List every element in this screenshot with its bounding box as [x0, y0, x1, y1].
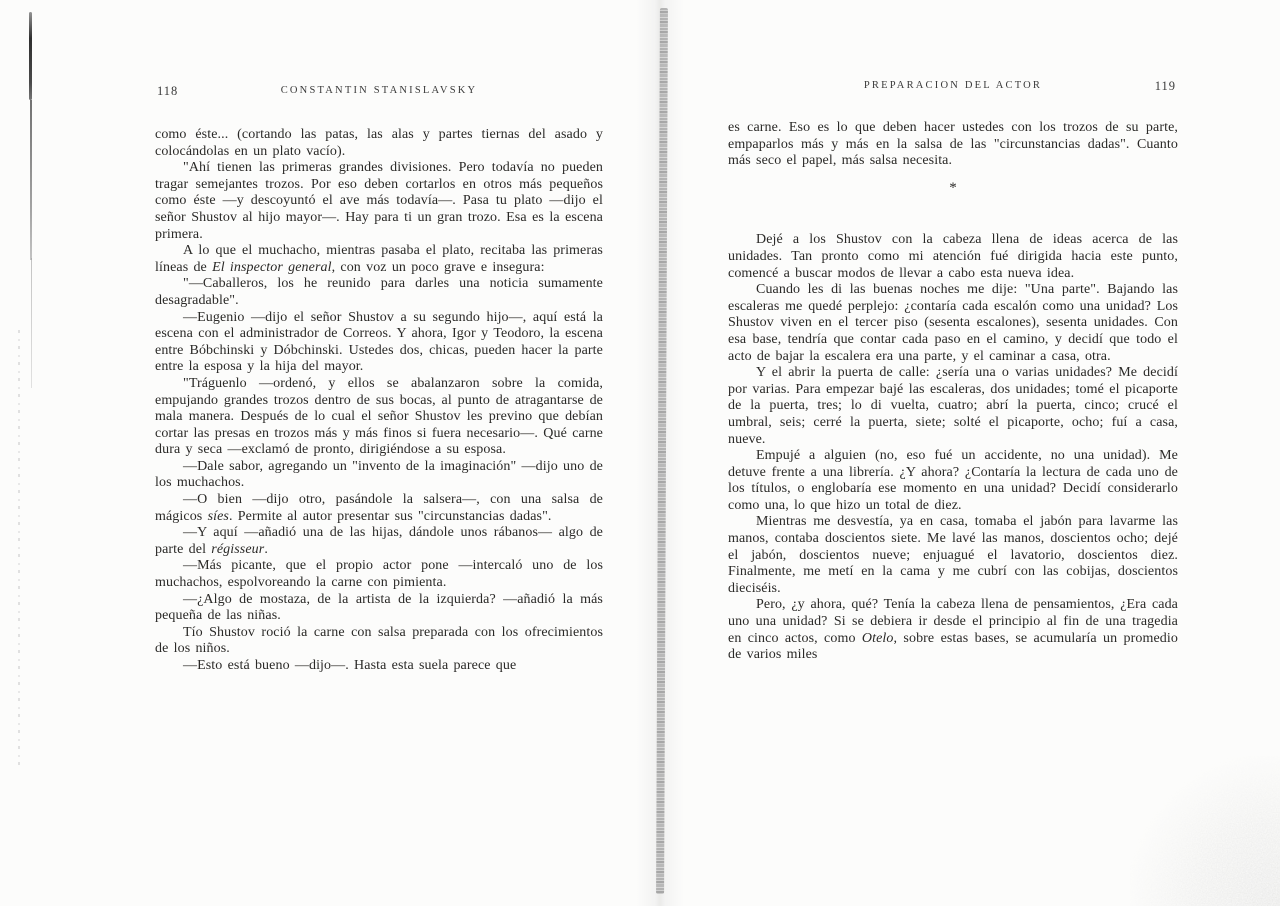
scan-artifact-left-bar	[29, 12, 32, 100]
page-header: PREPARACION DEL ACTOR 119	[728, 80, 1178, 94]
section-separator: *	[728, 180, 1178, 197]
italic-run: Otelo	[862, 631, 894, 646]
book-spread: 118 CONSTANTIN STANISLAVSKY como éste...…	[0, 0, 1280, 906]
italic-run: régisseur	[211, 542, 264, 557]
paragraph: "Tráguenlo —ordenó, y ellos se abalanzar…	[155, 376, 603, 459]
page-header: 118 CONSTANTIN STANISLAVSKY	[155, 85, 603, 99]
paragraph: A lo que el muchacho, mientras pasaba el…	[155, 243, 603, 276]
scan-artifact-left-line-faint	[31, 258, 32, 388]
paragraph: Empujé a alguien (no, eso fué un acciden…	[728, 448, 1178, 514]
scan-noise-corner	[1130, 756, 1280, 906]
text-run: .	[264, 542, 268, 557]
text-column: como éste... (cortando las patas, las al…	[155, 127, 603, 675]
text-run: Tío Shustov roció la carne con salsa pre…	[155, 625, 603, 657]
text-run: Dejé a los Shustov con la cabeza llena d…	[728, 232, 1178, 280]
italic-run: El inspector general	[212, 260, 332, 275]
scan-artifact-dotted-trail	[18, 330, 20, 770]
text-run: —Eugenio —dijo el señor Shustov a su seg…	[155, 310, 603, 375]
paragraph: Pero, ¿y ahora, qué? Tenía la cabeza lle…	[728, 597, 1178, 663]
paragraph: —Y aquí —añadió una de las hijas, dándol…	[155, 525, 603, 558]
paragraph: —O bien —dijo otro, pasándole la salsera…	[155, 492, 603, 525]
text-run: —¿Algo de mostaza, de la artista de la i…	[155, 592, 603, 624]
paragraph: —Esto está bueno —dijo—. Hasta esta suel…	[155, 658, 603, 675]
paragraph: —Dale sabor, agregando un "invento de la…	[155, 459, 603, 492]
paragraph: "Ahí tienen las primeras grandes divisio…	[155, 160, 603, 243]
text-run: "Tráguenlo —ordenó, y ellos se abalanzar…	[155, 376, 603, 457]
running-head-title: PREPARACION DEL ACTOR	[728, 80, 1178, 91]
paragraph: Y el abrir la puerta de calle: ¿sería un…	[728, 365, 1178, 448]
paragraph: "—Caballeros, los he reunido para darles…	[155, 276, 603, 309]
running-head-author: CONSTANTIN STANISLAVSKY	[155, 85, 603, 96]
text-run: —Dale sabor, agregando un "invento de la…	[155, 459, 603, 491]
page-number: 119	[1155, 79, 1176, 94]
text-run: —Esto está bueno —dijo—. Hasta esta suel…	[183, 658, 516, 673]
text-column: es carne. Eso es lo que deben hacer uste…	[728, 120, 1178, 664]
text-run: . Permite al autor presentar sus "circun…	[229, 509, 552, 524]
paragraph: Tío Shustov roció la carne con salsa pre…	[155, 625, 603, 658]
text-run: "—Caballeros, los he reunido para darles…	[155, 276, 603, 308]
text-run: Y el abrir la puerta de calle: ¿sería un…	[728, 365, 1178, 446]
paragraph: —Eugenio —dijo el señor Shustov a su seg…	[155, 310, 603, 376]
text-run: , con voz un poco grave e insegura:	[332, 260, 545, 275]
scan-artifact-left-line	[30, 100, 32, 260]
paragraph: Mientras me desvestía, ya en casa, tomab…	[728, 514, 1178, 597]
italic-run: síes	[208, 509, 229, 524]
text-run: "Ahí tienen las primeras grandes divisio…	[155, 160, 603, 241]
text-run: es carne. Eso es lo que deben hacer uste…	[728, 120, 1178, 168]
paragraph: Cuando les di las buenas noches me dije:…	[728, 282, 1178, 365]
paragraph: como éste... (cortando las patas, las al…	[155, 127, 603, 160]
page-119: PREPARACION DEL ACTOR 119 es carne. Eso …	[728, 80, 1178, 664]
paragraph: —Más picante, que el propio actor pone —…	[155, 558, 603, 591]
text-run: Mientras me desvestía, ya en casa, tomab…	[728, 514, 1178, 595]
text-run: —Más picante, que el propio actor pone —…	[155, 558, 603, 590]
paragraph: Dejé a los Shustov con la cabeza llena d…	[728, 232, 1178, 282]
text-run: Empujé a alguien (no, eso fué un acciden…	[728, 448, 1178, 513]
text-run: Cuando les di las buenas noches me dije:…	[728, 282, 1178, 363]
text-run: como éste... (cortando las patas, las al…	[155, 127, 603, 159]
paragraph: es carne. Eso es lo que deben hacer uste…	[728, 120, 1178, 170]
paragraph: —¿Algo de mostaza, de la artista de la i…	[155, 592, 603, 625]
page-118: 118 CONSTANTIN STANISLAVSKY como éste...…	[155, 85, 603, 675]
